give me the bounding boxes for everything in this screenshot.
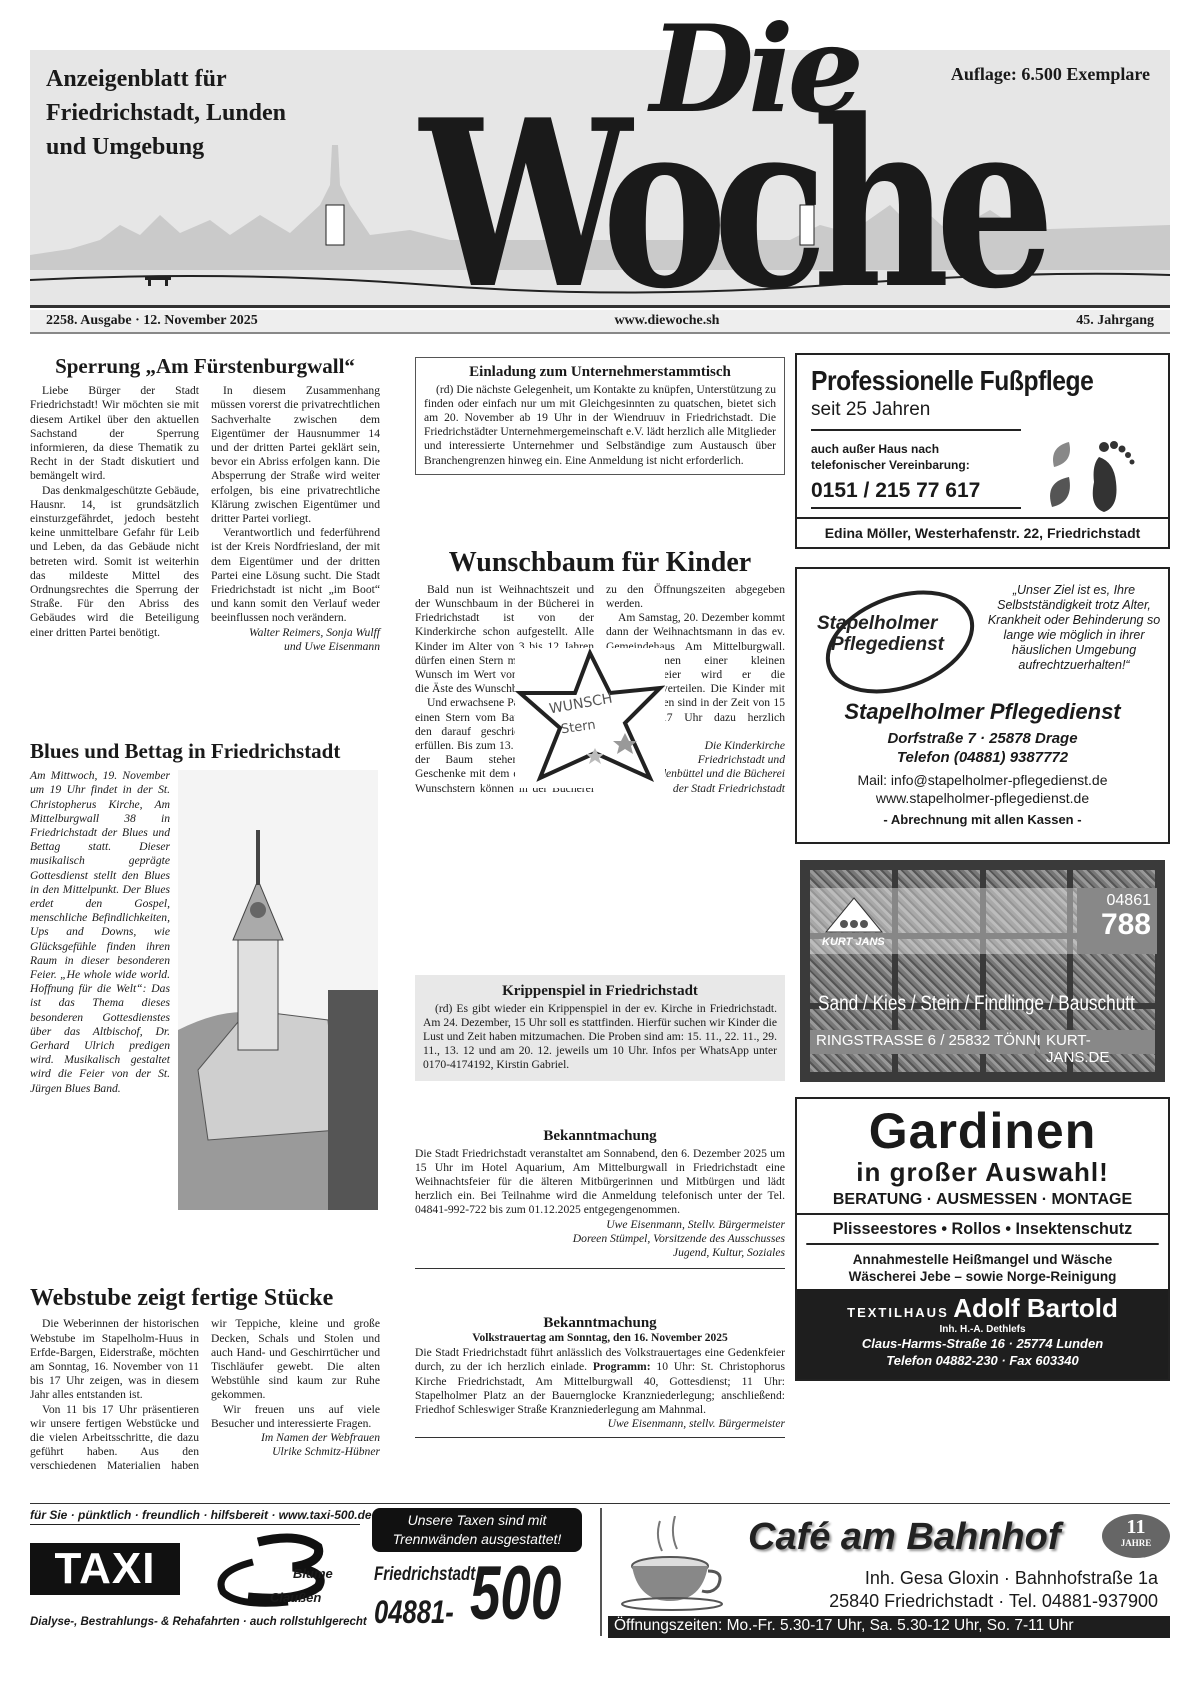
masthead: Anzeigenblatt für Friedrichstadt, Lunden… bbox=[30, 50, 1170, 308]
article-signature: Uwe Eisenmann, Stellv. Bürgermeister Dor… bbox=[415, 1218, 785, 1261]
article-signature: Im Namen der Webfrauen Ulrike Schmitz-Hü… bbox=[211, 1431, 380, 1459]
volume-year: 45. Jahrgang bbox=[1076, 313, 1154, 329]
ad-pflegedienst: Stapelholmer Pflegedienst „Unser Ziel is… bbox=[795, 567, 1170, 844]
article-headline: Einladung zum Unternehmerstammtisch bbox=[424, 364, 776, 381]
ad-title: Professionelle Fußpflege bbox=[811, 365, 1113, 397]
article-body: Liebe Bürger der Stadt Friedrichstadt! W… bbox=[30, 384, 380, 654]
article-headline: Webstube zeigt fertige Stücke bbox=[30, 1285, 380, 1311]
article-body: (rd) Es gibt wieder ein Krippenspiel in … bbox=[423, 1002, 777, 1073]
ad-phone: 0151 / 215 77 617 bbox=[811, 479, 1021, 509]
article-body: Am Mittwoch, 19. November um 19 Uhr find… bbox=[30, 769, 170, 1096]
ad-address: Edina Möller, Westerhafenstr. 22, Friedr… bbox=[797, 517, 1168, 547]
ad-phone: Telefon 04882-230 · Fax 603340 bbox=[797, 1352, 1168, 1369]
issue-bar: 2258. Ausgabe · 12. November 2025 www.di… bbox=[30, 310, 1170, 334]
article-headline: Bekanntmachung bbox=[415, 1315, 785, 1332]
masthead-title-die: Die bbox=[650, 10, 858, 130]
ad-taxi: für Sie · pünktlich · freundlich · hilfs… bbox=[30, 1508, 590, 1636]
article-headline: Wunschbaum für Kinder bbox=[415, 548, 785, 579]
kurt-jans-logo-icon bbox=[824, 896, 884, 934]
ad-quote: „Unser Ziel ist es, Ihre Selbstständigke… bbox=[981, 583, 1167, 673]
ad-phone: 04881- bbox=[374, 1594, 454, 1631]
article-bekanntmachung-volkstrauertag: Bekanntmachung Volkstrauertag am Sonntag… bbox=[415, 1315, 785, 1438]
article-webstube: Webstube zeigt fertige Stücke Die Weberi… bbox=[30, 1285, 380, 1474]
article-subheadline: Volkstrauertag am Sonntag, den 16. Novem… bbox=[415, 1332, 785, 1345]
ad-email-link[interactable]: Mail: info@stapelholmer-pflegedienst.de bbox=[797, 771, 1168, 789]
article-einladung: Einladung zum Unternehmerstammtisch (rd)… bbox=[415, 357, 785, 475]
ad-website-link[interactable]: www.stapelholmer-pflegedienst.de bbox=[797, 789, 1168, 807]
article-wunschbaum: Wunschbaum für Kinder Bald nun ist Weihn… bbox=[415, 548, 785, 796]
ad-address: Claus-Harms-Straße 16 · 25774 Lunden bbox=[797, 1335, 1168, 1352]
article-sperrung: Sperrung „Am Fürstenburgwall“ Liebe Bürg… bbox=[30, 355, 380, 654]
website-link[interactable]: www.diewoche.sh bbox=[614, 313, 719, 329]
ad-gardinen: Gardinen in großer Auswahl! BERATUNG · A… bbox=[795, 1097, 1170, 1381]
opening-hours: Öffnungszeiten: Mo.-Fr. 5.30-17 Uhr, Sa.… bbox=[608, 1616, 1170, 1638]
article-body: Die Stadt Friedrichstadt führt anlässlic… bbox=[415, 1346, 785, 1417]
ad-website-link[interactable]: KURT-JANS.DE bbox=[1040, 1030, 1155, 1054]
divider bbox=[600, 1508, 602, 1636]
article-body: (rd) Die nächste Gelegenheit, um Kontakt… bbox=[424, 383, 776, 468]
wunsch-star-image: WUNSCH Stern bbox=[515, 648, 665, 788]
article-headline: Blues und Bettag in Friedrichstadt bbox=[30, 740, 380, 763]
issue-number: 2258. Ausgabe · 12. November 2025 bbox=[46, 313, 258, 329]
taxi-logo: TAXI bbox=[30, 1543, 180, 1595]
ad-address: Dorfstraße 7 · 25878 Drage bbox=[797, 729, 1168, 748]
divider bbox=[415, 1437, 785, 1438]
article-body: Die Weberinnen der historischen Webstube… bbox=[30, 1317, 380, 1473]
ad-address: 25840 Friedrichstadt · Tel. 04881-937900 bbox=[829, 1591, 1158, 1612]
article-headline: Bekanntmachung bbox=[415, 1128, 785, 1145]
article-body: Die Stadt Friedrichstadt veranstaltet am… bbox=[415, 1147, 785, 1218]
article-bekanntmachung-weihnachtsfeier: Bekanntmachung Die Stadt Friedrichstadt … bbox=[415, 1128, 785, 1269]
ad-fusspflege: Professionelle Fußpflege seit 25 Jahren … bbox=[795, 353, 1170, 549]
article-headline: Sperrung „Am Fürstenburgwall“ bbox=[30, 355, 380, 378]
footprint-leaves-icon bbox=[1044, 437, 1152, 517]
divider bbox=[30, 1503, 1170, 1504]
coffee-cup-icon bbox=[620, 1516, 730, 1611]
ad-cafe: Café am Bahnhof 11 JAHRE Inh. Gesa Gloxi… bbox=[612, 1508, 1170, 1636]
ad-title: Stapelholmer Pflegedienst bbox=[797, 699, 1168, 725]
ad-footer: TEXTILHAUS Adolf Bartold Inh. H.-A. Deth… bbox=[797, 1289, 1168, 1379]
ad-title: Café am Bahnhof bbox=[748, 1516, 1060, 1559]
ad-phone: Telefon (04881) 9387772 bbox=[797, 748, 1168, 767]
ad-kurt-jans: KURT JANS 04861 788 Sand / Kies / Stein … bbox=[800, 860, 1165, 1082]
article-krippenspiel: Krippenspiel in Friedrichstadt (rd) Es g… bbox=[415, 975, 785, 1081]
ad-phone: 04861 788 bbox=[1077, 888, 1157, 954]
article-signature: Walter Reimers, Sonja Wulff und Uwe Eise… bbox=[211, 626, 380, 654]
masthead-subtitle: Anzeigenblatt für Friedrichstadt, Lunden… bbox=[46, 62, 286, 164]
circulation: Auflage: 6.500 Exemplare bbox=[951, 64, 1150, 85]
anniversary-badge: 11 JAHRE bbox=[1102, 1514, 1170, 1558]
ad-title: Gardinen bbox=[797, 1105, 1168, 1157]
article-headline: Krippenspiel in Friedrichstadt bbox=[423, 983, 777, 1000]
article-blues: Blues und Bettag in Friedrichstadt Am Mi… bbox=[30, 740, 380, 1096]
ad-address: RINGSTRASSE 6 / 25832 TÖNNING bbox=[810, 1030, 1035, 1054]
divider bbox=[415, 1268, 785, 1269]
church-image bbox=[178, 770, 378, 1210]
ad-phone-number: 500 bbox=[470, 1554, 561, 1634]
article-signature: Uwe Eisenmann, stellv. Bürgermeister bbox=[415, 1417, 785, 1431]
